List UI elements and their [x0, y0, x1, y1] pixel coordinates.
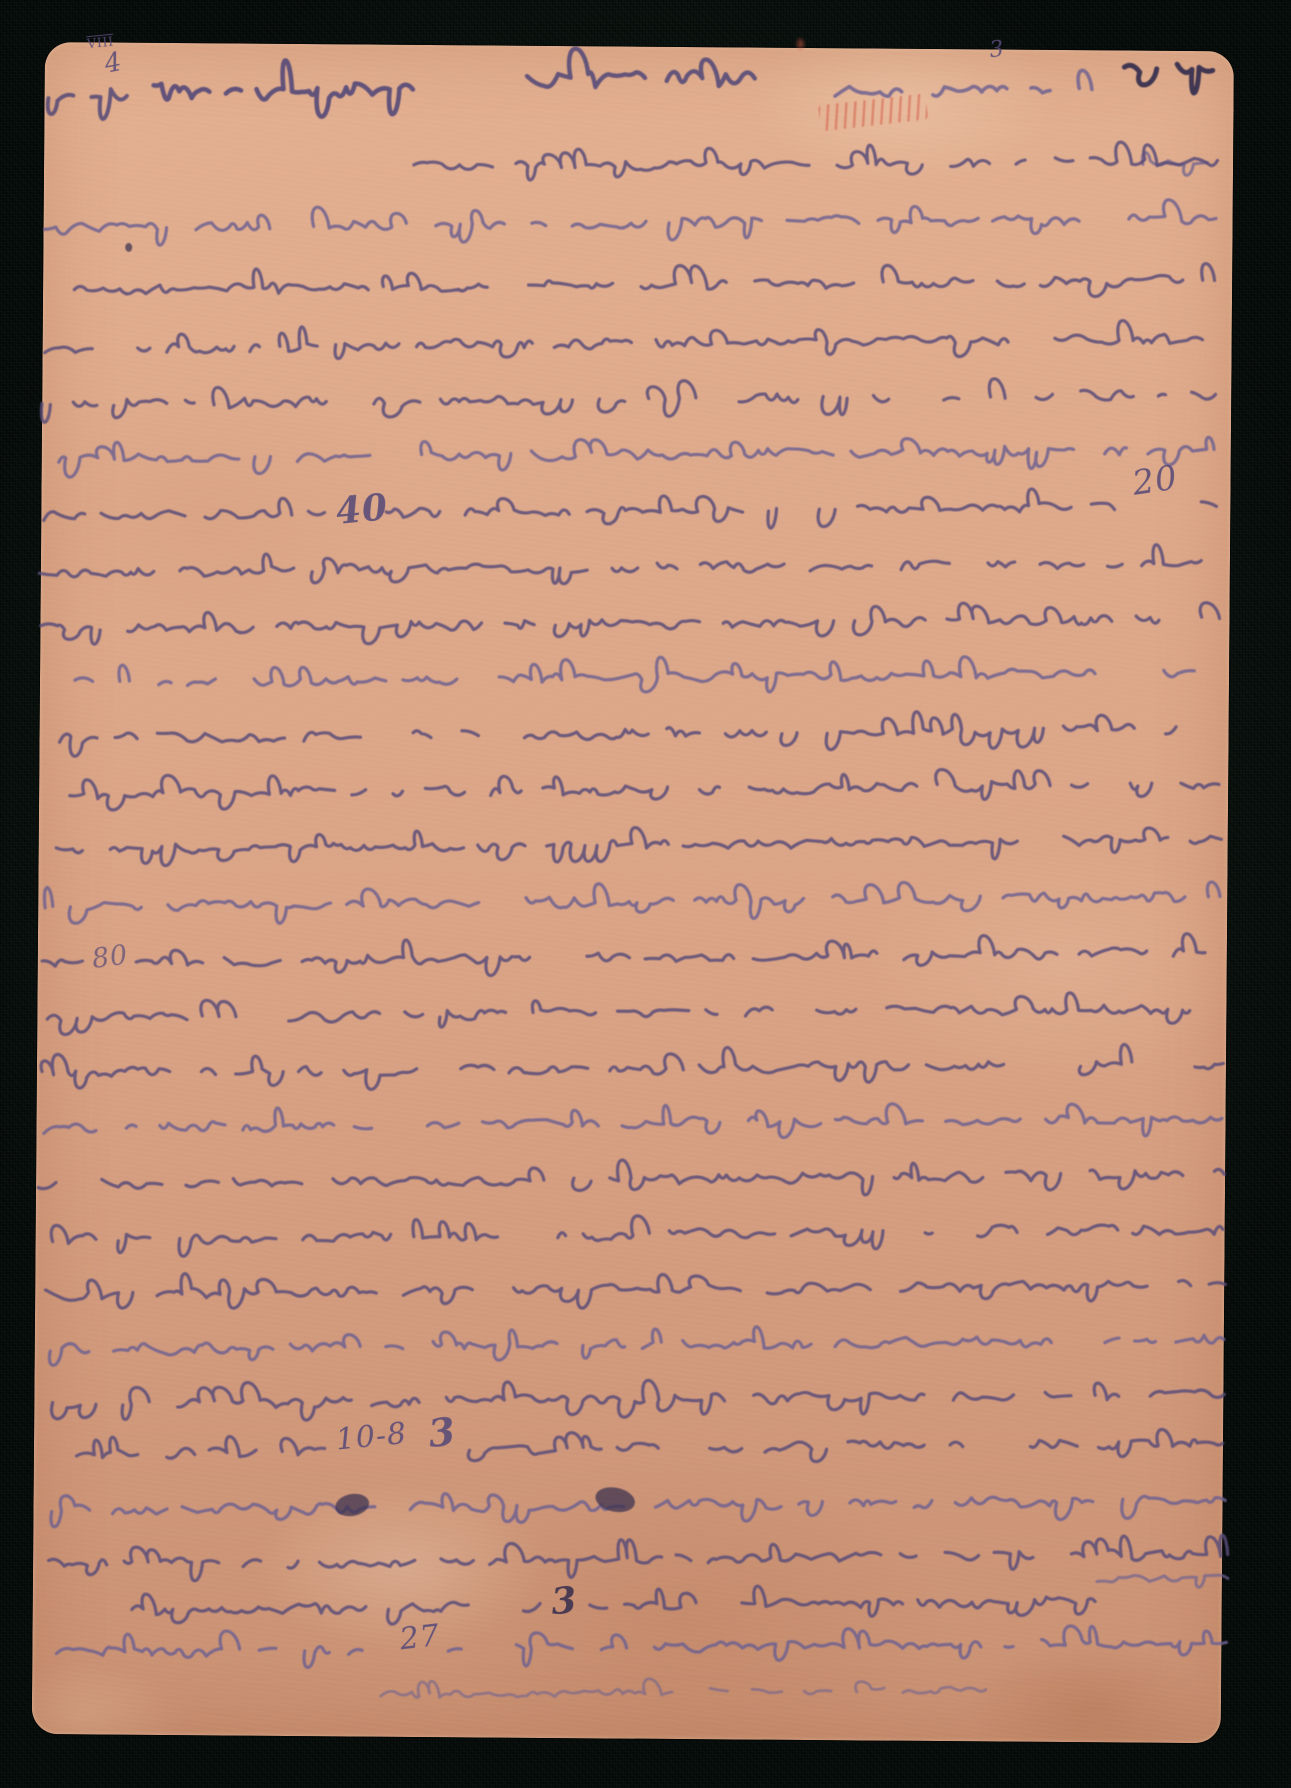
- handwriting-line: [49, 1534, 1228, 1582]
- handwriting-line: [51, 1211, 1223, 1258]
- handwriting-line: [76, 1427, 1222, 1468]
- postcard-paper: VIII4320408010-83327: [32, 42, 1234, 1743]
- handwriting-line: [45, 1265, 1225, 1313]
- handwriting-line: [44, 319, 1202, 365]
- handwriting-line: [51, 1374, 1224, 1422]
- handwriting-line: [56, 1622, 1226, 1670]
- handwriting-strokes: [0, 0, 1291, 1788]
- handwriting-line: [75, 653, 1195, 698]
- legible-numeral: 20: [1130, 460, 1180, 500]
- handwriting-line: [41, 376, 1216, 422]
- legible-numeral: 40: [334, 489, 389, 530]
- photo-of-postcard: VIII4320408010-83327: [0, 0, 1291, 1788]
- handwriting-line: [59, 433, 1215, 477]
- legible-numeral: 80: [90, 942, 130, 974]
- handwriting-line: [132, 1583, 1095, 1626]
- handwriting-line: [1124, 64, 1213, 94]
- handwriting-line: [48, 89, 127, 119]
- handwriting-line: [44, 1100, 1222, 1146]
- handwriting-line: [47, 992, 1190, 1035]
- handwriting-line: [381, 1676, 986, 1698]
- handwriting-line: [51, 1486, 1226, 1529]
- handwriting-line: [41, 1043, 1224, 1092]
- legible-numeral: 3: [550, 1582, 579, 1620]
- handwriting-line: [49, 1323, 1224, 1366]
- red-pencil-dot: [794, 36, 806, 52]
- handwriting-line: [56, 822, 1221, 867]
- handwriting-line: [414, 141, 1218, 181]
- handwriting-line: [70, 766, 1220, 810]
- handwriting-line: [74, 261, 1215, 306]
- handwriting-line: [38, 1155, 1225, 1202]
- handwriting-line: [44, 877, 1220, 925]
- handwriting-line: [527, 47, 755, 88]
- handwriting-line: [41, 601, 1220, 647]
- handwriting-line: [42, 933, 1205, 979]
- legible-numeral: 27: [398, 1621, 441, 1655]
- handwriting-line: [153, 59, 413, 118]
- handwriting-line: [39, 544, 1201, 588]
- handwriting-layer: VIII4320408010-83327: [0, 0, 1291, 1788]
- legible-numeral: 10-8: [335, 1419, 409, 1456]
- legible-numeral: 3: [988, 39, 1005, 63]
- legible-numeral: 4: [103, 49, 125, 78]
- handwriting-line: [59, 710, 1176, 757]
- handwriting-line: [44, 199, 1216, 246]
- handwriting-line: [1097, 1575, 1228, 1588]
- legible-numeral: 3: [426, 1412, 458, 1453]
- handwriting-line: [835, 70, 1092, 97]
- handwriting-line: [44, 487, 1217, 534]
- ink-blot: [125, 243, 132, 252]
